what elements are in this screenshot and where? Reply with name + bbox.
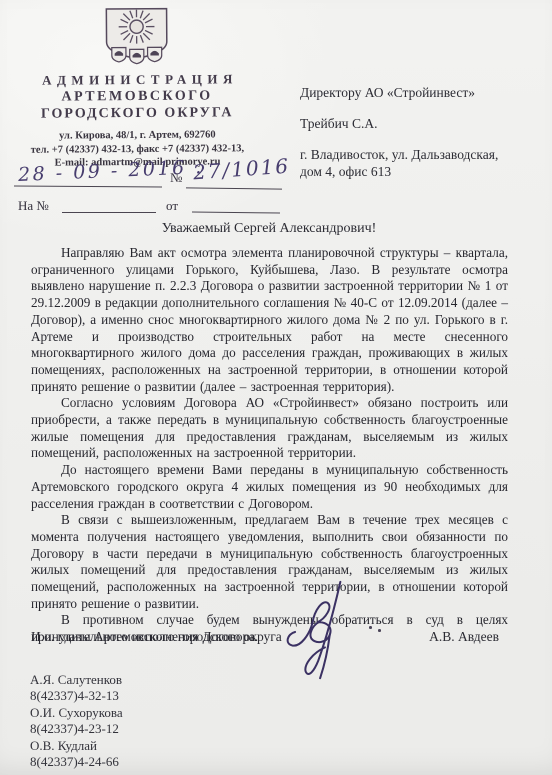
contact-phone: 8(42337)4-23-12 (30, 721, 123, 737)
contact-list: А.Я. Салутенков 8(42337)4-32-13 О.И. Сух… (30, 672, 123, 770)
handwritten-signature (279, 578, 367, 684)
addressee-office: дом 4, офис 613 (300, 163, 540, 180)
contact-phone: 8(42337)4-32-13 (30, 688, 123, 704)
ot-label: от (166, 198, 178, 214)
contact-name: А.Я. Салутенков (30, 672, 123, 688)
incoming-ref-row: На № от (14, 197, 294, 219)
org-name-line-3: ГОРОДСКОГО ОКРУГА (12, 105, 262, 123)
paragraph-1: Направляю Вам акт осмотра элемента плани… (31, 245, 508, 395)
signoff-row: И.о. главы Артемовского городского округ… (31, 629, 499, 645)
coat-of-arms-icon (98, 6, 174, 71)
org-phone-fax: тел. +7 (42337) 432-13, факс +7 (42337) … (12, 142, 262, 157)
letterhead-block: АДМИНИСТРАЦИЯ АРТЕМОВСКОГО ГОРОДСКОГО ОК… (11, 5, 262, 170)
ink-dots (369, 626, 383, 632)
addressee-position: Директору АО «Стройинвест» (300, 85, 540, 101)
org-name-line-1: АДМИНИСТРАЦИЯ (12, 71, 262, 89)
number-sign-label: № (170, 170, 182, 186)
signer-name: А.В. Авдеев (429, 629, 499, 645)
date-underline (14, 185, 162, 187)
number-underline (186, 187, 282, 189)
na-underline (62, 212, 156, 213)
addressee-street: г. Владивосток, ул. Дальзаводская, (300, 146, 540, 163)
addressee-name: Трейбич С.А. (300, 116, 540, 132)
ot-underline (192, 212, 280, 214)
org-name-line-2: АРТЕМОВСКОГО (12, 88, 262, 106)
paragraph-3: До настоящего времени Вами переданы в му… (31, 462, 508, 512)
letter-body: Направляю Вам акт осмотра элемента плани… (31, 245, 508, 646)
addressee-block: Директору АО «Стройинвест» Трейбич С.А. … (300, 85, 540, 180)
scanned-letter-page: АДМИНИСТРАЦИЯ АРТЕМОВСКОГО ГОРОДСКОГО ОК… (0, 0, 552, 775)
paragraph-2: Согласно условиям Договора АО «Стройинве… (31, 395, 508, 462)
contact-phone: 8(42337)4-24-66 (30, 754, 123, 770)
na-number-label: На № (18, 198, 49, 214)
signer-position: И.о. главы Артемовского городского округ… (31, 629, 282, 645)
paragraph-4: В связи с вышеизложенным, предлагаем Вам… (31, 512, 508, 612)
outgoing-ref-row: 28 - 09 - 2016 . № 27/1016 (14, 161, 284, 195)
contact-name: О.И. Сухорукова (30, 705, 123, 721)
salutation: Уважаемый Сергей Александрович! (31, 221, 507, 237)
contact-name: О.В. Кудлай (30, 738, 123, 754)
